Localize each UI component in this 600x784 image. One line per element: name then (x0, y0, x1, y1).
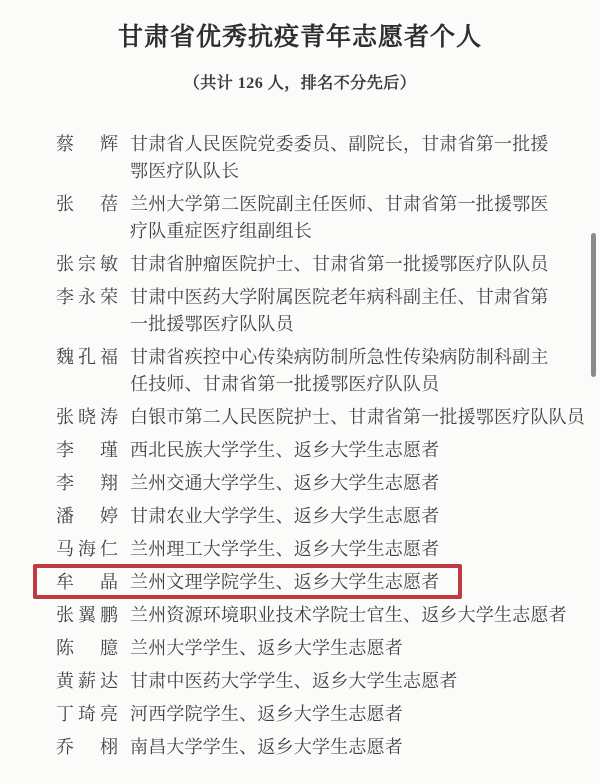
volunteer-list: 蔡辉 甘肃省人民医院党委委员、副院长，甘肃省第一批援鄂医疗队队长 张蓓 兰州大学… (0, 131, 600, 761)
volunteer-description: 兰州大学第二医院副主任医师、甘肃省第一批援鄂医疗队重症医疗组副组长 (130, 191, 582, 245)
list-item: 张晓涛 白银市第二人民医院护士、甘肃省第一批援鄂医疗队队员 (56, 404, 582, 431)
volunteer-name: 魏孔福 (56, 344, 118, 371)
volunteer-name: 张翼鹏 (56, 602, 118, 629)
list-item: 丁琦亮 河西学院学生、返乡大学生志愿者 (56, 701, 582, 728)
volunteer-name: 李瑾 (56, 437, 118, 464)
list-item: 蔡辉 甘肃省人民医院党委委员、副院长，甘肃省第一批援鄂医疗队队长 (56, 131, 582, 185)
volunteer-description: 甘肃省疾控中心传染病防制所急性传染病防制科副主任技师、甘肃省第一批援鄂医疗队队员 (130, 344, 582, 398)
list-item: 李瑾 西北民族大学学生、返乡大学生志愿者 (56, 437, 582, 464)
volunteer-name: 潘婷 (56, 503, 118, 530)
volunteer-name: 黄薪达 (56, 668, 118, 695)
list-item: 黄薪达 甘肃中医药大学学生、返乡大学生志愿者 (56, 668, 582, 695)
volunteer-name: 马海仁 (56, 536, 118, 563)
volunteer-description: 甘肃中医药大学附属医院老年病科副主任、甘肃省第一批援鄂医疗队队员 (130, 284, 582, 338)
volunteer-description: 南昌大学学生、返乡大学生志愿者 (130, 734, 582, 761)
volunteer-name: 牟晶 (56, 569, 118, 596)
volunteer-name: 张晓涛 (56, 404, 118, 431)
volunteer-description: 白银市第二人民医院护士、甘肃省第一批援鄂医疗队队员 (130, 404, 582, 431)
volunteer-description: 兰州大学学生、返乡大学生志愿者 (130, 635, 582, 662)
volunteer-name: 李永荣 (56, 284, 118, 311)
list-item: 马海仁 兰州理工大学学生、返乡大学生志愿者 (56, 536, 582, 563)
volunteer-name: 张宗敏 (56, 251, 118, 278)
volunteer-name: 丁琦亮 (56, 701, 118, 728)
list-item: 陈臆 兰州大学学生、返乡大学生志愿者 (56, 635, 582, 662)
volunteer-description: 甘肃农业大学学生、返乡大学生志愿者 (130, 503, 582, 530)
list-item: 牟晶 兰州文理学院学生、返乡大学生志愿者 (56, 569, 582, 596)
volunteer-name: 乔栩 (56, 734, 118, 761)
list-item: 张翼鹏 兰州资源环境职业技术学院士官生、返乡大学生志愿者 (56, 602, 582, 629)
volunteer-description: 兰州文理学院学生、返乡大学生志愿者 (130, 569, 582, 596)
volunteer-description: 西北民族大学学生、返乡大学生志愿者 (130, 437, 582, 464)
list-item: 李翔 兰州交通大学学生、返乡大学生志愿者 (56, 470, 582, 497)
scrollbar-thumb[interactable] (591, 233, 596, 377)
document-page: 甘肃省优秀抗疫青年志愿者个人 （共计 126 人，排名不分先后） 蔡辉 甘肃省人… (0, 0, 600, 784)
volunteer-name: 蔡辉 (56, 131, 118, 158)
volunteer-description: 甘肃省肿瘤医院护士、甘肃省第一批援鄂医疗队队员 (130, 251, 582, 278)
volunteer-description: 兰州交通大学学生、返乡大学生志愿者 (130, 470, 582, 497)
list-item: 李永荣 甘肃中医药大学附属医院老年病科副主任、甘肃省第一批援鄂医疗队队员 (56, 284, 582, 338)
volunteer-description: 兰州资源环境职业技术学院士官生、返乡大学生志愿者 (130, 602, 582, 629)
list-item: 乔栩 南昌大学学生、返乡大学生志愿者 (56, 734, 582, 761)
volunteer-description: 甘肃中医药大学学生、返乡大学生志愿者 (130, 668, 582, 695)
volunteer-name: 李翔 (56, 470, 118, 497)
volunteer-name: 张蓓 (56, 191, 118, 218)
list-item: 潘婷 甘肃农业大学学生、返乡大学生志愿者 (56, 503, 582, 530)
document-title: 甘肃省优秀抗疫青年志愿者个人 (0, 0, 600, 53)
volunteer-description: 兰州理工大学学生、返乡大学生志愿者 (130, 536, 582, 563)
volunteer-description: 河西学院学生、返乡大学生志愿者 (130, 701, 582, 728)
volunteer-description: 甘肃省人民医院党委委员、副院长，甘肃省第一批援鄂医疗队队长 (130, 131, 582, 185)
list-item: 张宗敏 甘肃省肿瘤医院护士、甘肃省第一批援鄂医疗队队员 (56, 251, 582, 278)
volunteer-name: 陈臆 (56, 635, 118, 662)
document-subtitle: （共计 126 人，排名不分先后） (0, 73, 600, 95)
list-item: 张蓓 兰州大学第二医院副主任医师、甘肃省第一批援鄂医疗队重症医疗组副组长 (56, 191, 582, 245)
list-item: 魏孔福 甘肃省疾控中心传染病防制所急性传染病防制科副主任技师、甘肃省第一批援鄂医… (56, 344, 582, 398)
